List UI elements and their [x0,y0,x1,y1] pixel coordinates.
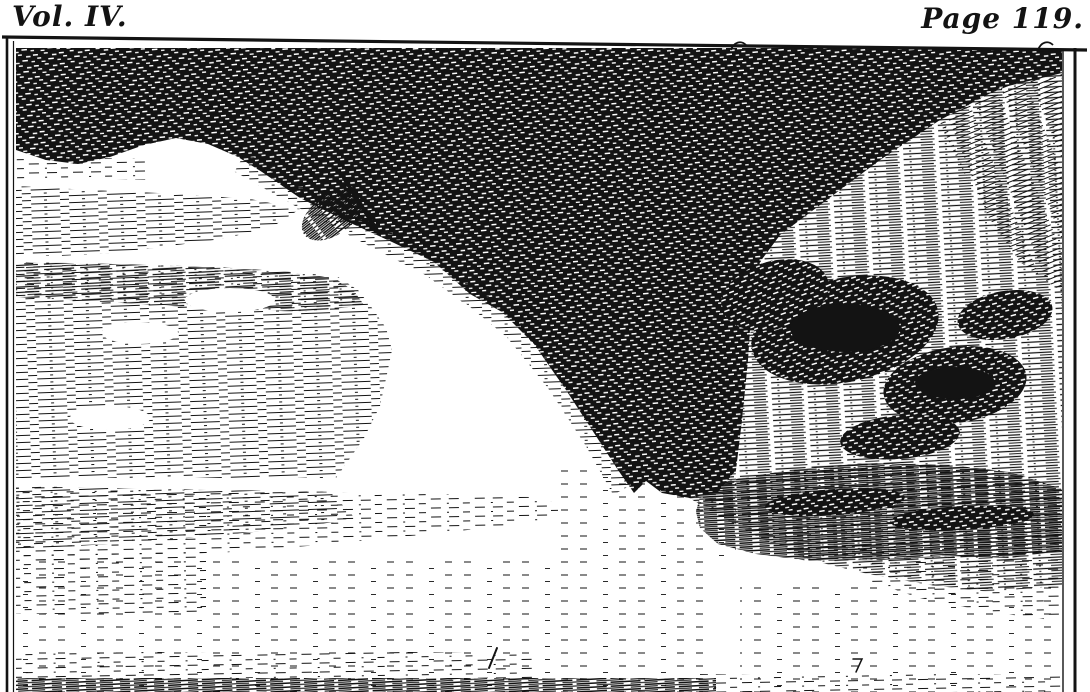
bottom-rows [700,674,1066,692]
bottom-rows [16,652,536,678]
bottom-dense-strip [16,678,716,692]
wisp-field [556,468,736,560]
engraving-plate [0,0,1090,692]
cloud-clump-core [790,304,900,352]
band-gap [185,288,275,312]
book-page: Vol. IV. Page 119. [0,0,1090,692]
engraving-scene [16,40,1066,692]
band-gap [102,322,178,344]
band-gap [70,406,150,430]
volume-label: Vol. IV. [12,0,128,33]
page-number-label: Page 119. [921,2,1084,35]
stray-lines [16,158,146,180]
cloud-clump-core [915,367,995,399]
